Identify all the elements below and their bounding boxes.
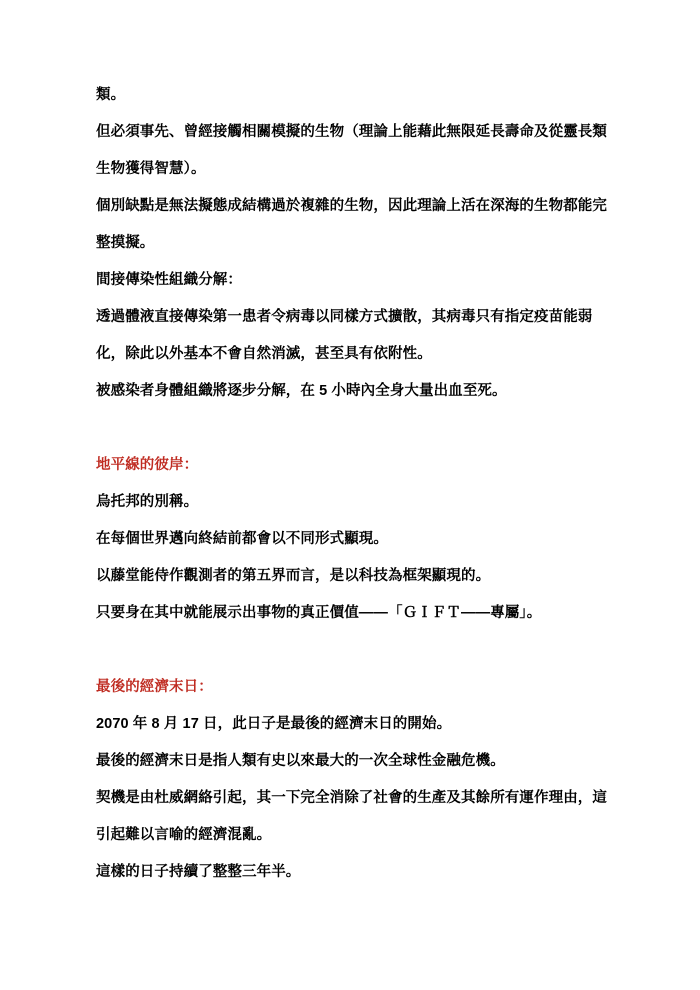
section-heading: 最後的經濟末日：: [96, 669, 604, 706]
document-page: 類。 但必須事先、曾經接觸相關模擬的生物（理論上能藉此無限延長壽命及從靈長類 生…: [0, 0, 700, 990]
text-line: 以藤堂能侍作觀測者的第五界而言，是以科技為框架顯現的。: [96, 558, 604, 595]
text-line: 引起難以言喻的經濟混亂。: [96, 817, 604, 854]
text-line: 2070 年 8 月 17 日，此日子是最後的經濟末日的開始。: [96, 706, 604, 743]
text-line: 化，除此以外基本不會自然消滅，甚至具有依附性。: [96, 336, 604, 373]
text-line: 烏托邦的別稱。: [96, 484, 604, 521]
text-line: 在每個世界邁向終結前都會以不同形式顯現。: [96, 521, 604, 558]
subsection-label: 間接傳染性組織分解：: [96, 262, 604, 299]
text-line: 只要身在其中就能展示出事物的真正價值——「ＧＩＦＴ——專屬」。: [96, 595, 604, 632]
text-line: 最後的經濟末日是指人類有史以來最大的一次全球性金融危機。: [96, 743, 604, 780]
text-line: 整摸擬。: [96, 225, 604, 262]
text-line: 這樣的日子持續了整整三年半。: [96, 854, 604, 891]
text-line: 契機是由杜威網絡引起，其一下完全消除了社會的生產及其餘所有運作理由，這: [96, 780, 604, 817]
text-line: 生物獲得智慧）。: [96, 151, 604, 188]
text-line: 個別缺點是無法擬態成結構過於複雜的生物，因此理論上活在深海的生物都能完: [96, 188, 604, 225]
text-line: 透過體液直接傳染第一患者令病毒以同樣方式擴散，其病毒只有指定疫苗能弱: [96, 299, 604, 336]
text-line: 類。: [96, 77, 604, 114]
section-heading: 地平線的彼岸：: [96, 447, 604, 484]
text-line: 但必須事先、曾經接觸相關模擬的生物（理論上能藉此無限延長壽命及從靈長類: [96, 114, 604, 151]
text-line: 被感染者身體組織將逐步分解，在 5 小時內全身大量出血至死。: [96, 373, 604, 410]
